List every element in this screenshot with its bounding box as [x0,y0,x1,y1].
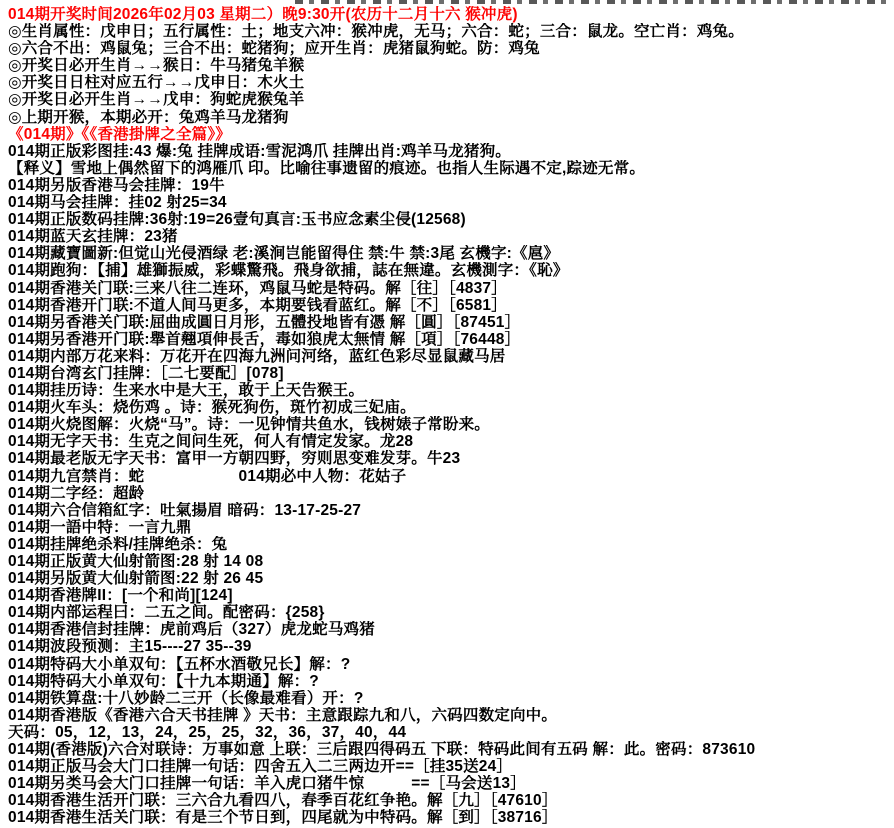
line-fire-burn-diagram: 014期火烧图解：火烧“马”。诗：一见钟情共鱼水，钱树婊子常盼来。 [8,416,894,433]
line-official-color-chart: 014期正版彩图挂:43 爆:兔 挂牌成语:雪泥鸿爪 挂牌出肖:鸡羊马龙猪狗。 [8,143,894,160]
line-official-huangdaxian-arrow: 014期正版黄大仙射箭图:28 射 14 08 [8,553,894,570]
line-sky-codes: 天码：05，12，13，24，25，25，32，36，37，40，44 [8,724,894,741]
line-hk-life-opening-couplet: 014期香港生活开门联：三六合九看四八，春季百花红争艳。解［九］［47610］ [8,792,894,809]
line-nine-palace-ban-zodiac: 014期九宫禁肖：蛇 014期必中人物：花姑子 [8,468,894,485]
line-running-dog: 014期跑狗：【捕】雄獅振威，彩蝶驚飛。飛身欲捕，誌在無違。玄機測字：《恥》 [8,262,894,279]
line-day-pillar-five-elements: ◎开奖日日柱对应五行→→戊申日：木火土 [8,74,894,91]
line-alt-gate-card: 014期另类马会大门口挂牌一句话：羊入虎口猪牛惊 ==［马会送13］ [8,775,894,792]
line-alt-hk-closing-couplet: 014期另香港关门联:屈曲成圓日月形，五體投地皆有憑 解［圓］［87451］ [8,314,894,331]
line-hk-closing-couplet: 014期香港关门联:三来八往二连环，鸡鼠马蛇是特码。解［往］［4837］ [8,280,894,297]
line-official-gate-card: 014期正版马会大门口挂牌一句话：四舍五入二三两边开==［挂35送24］ [8,758,894,775]
line-wordless-book: 014期无字天书：生克之间问生死，何人有情定发家。龙28 [8,433,894,450]
line-hk-envelope-card: 014期香港信封挂牌：虎前鸡后（327）虎龙蛇马鸡猪 [8,621,894,638]
line-oldest-wordless-book: 014期最老版无字天书：富甲一方朝四野，穷则思变难发芽。牛23 [8,450,894,467]
line-treasure-map: 014期藏寶圖新:但觉山光侵酒绿 老:溪涧岂能留得住 禁:牛 禁:3尾 玄機字:… [8,245,894,262]
line-alt-huangdaxian-arrow: 014期另版黄大仙射箭图:22 射 26 45 [8,570,894,587]
line-liuhe-couplet-poem: 014期(香港版)六合对联诗：万事如意 上联：三后跟四得码五 下联：特码此间有五… [8,741,894,758]
line-draw-time-header: 014期开奖时间2026年02月03 星期二）晚9:30开(农历十二月十六 猴冲… [8,6,894,23]
line-guapai-kill: 014期挂牌绝杀料/挂牌绝杀：兔 [8,536,894,553]
line-liuhe-mailbox-red-words: 014期六合信箱紅字：吐氣揚眉 暗码：13-17-25-27 [8,502,894,519]
line-zodiac-attributes: ◎生肖属性：戊申日；五行属性：土；地支六冲：猴冲虎，无马；六合：蛇；三合：鼠龙。… [8,23,894,40]
line-hk-card-ii: 014期香港牌II：[一个和尚][124] [8,587,894,604]
line-hk-tianshu-card: 014期香港版《香港六合天书挂牌 》天书：主意跟踪九和八，六码四数定向中。 [8,707,894,724]
line-calendar-poem: 014期挂历诗：生来水中是大王，敢于上天告猴王。 [8,382,894,399]
line-iron-abacus: 014期铁算盘:十八妙龄二三开（长像最难看）开：? [8,690,894,707]
line-special-code-sentence-1: 014期特码大小单双句：【五杯水酒敬兄长】解：? [8,656,894,673]
line-must-open-wushen: ◎开奖日必开生肖→→戊申：狗蛇虎猴兔羊 [8,91,894,108]
line-train-head: 014期火车头：烧伤鸡 。诗：猴死狗伤，斑竹初成三妃庙。 [8,399,894,416]
line-hk-opening-couplet: 014期香港开门联:不道人间马更多，本期要钱看蓝红。解［不］［6581］ [8,297,894,314]
line-guapai-title: 《014期》《《香港掛牌之全篇》》 [8,126,894,143]
line-last-period-monkey: ◎上期开猴，本期必开：兔鸡羊马龙猪狗 [8,109,894,126]
lottery-info-document: 014期开奖时间2026年02月03 星期二）晚9:30开(农历十二月十六 猴冲… [0,0,894,828]
line-liuhe-exclusions: ◎六合不出：鸡鼠兔；三合不出：蛇猪狗；应开生肖：虎猪鼠狗蛇。防：鸡兔 [8,40,894,57]
line-must-open-monkey-day: ◎开奖日必开生肖→→猴日：牛马猪兔羊猴 [8,57,894,74]
line-taiwan-xuanmen-card: 014期台湾玄门挂牌：［二七要配］[078] [8,365,894,382]
line-jockey-club-card: 014期马会挂牌：挂02 射25=34 [8,194,894,211]
line-two-word-classic: 014期二字经：超龄 [8,485,894,502]
line-official-digital-card: 014期正版数码挂牌:36射:19=26壹句真言:玉书应念素尘侵(12568) [8,211,894,228]
line-alt-hk-opening-couplet: 014期另香港开门联:舉首翹項伸長舌，毒如狼虎太無情 解［項］［76448］ [8,331,894,348]
line-hk-life-closing-couplet: 014期香港生活关门联：有是三个节日到，四尾就为中特码。解［到］［38716］ [8,809,894,826]
line-blue-sky-card: 014期蓝天玄挂牌：23猪 [8,228,894,245]
line-one-phrase-special: 014期一語中特：一言九鼎 [8,519,894,536]
line-internal-wanhua: 014期内部万花来料：万花开在四海九洲问河络，蓝红色彩尽显鼠藏马居 [8,348,894,365]
line-internal-fortune: 014期内部运程曰：二五之间。配密码：{258} [8,604,894,621]
cropped-text-remnant [295,0,887,4]
line-alt-hk-jockey-card: 014期另版香港马会挂牌：19牛 [8,177,894,194]
line-wave-band-prediction: 014期波段预测：主15----27 35--39 [8,638,894,655]
line-special-code-sentence-2: 014期特码大小单双句：【十九本期通】解：? [8,673,894,690]
line-idiom-interpretation: 【释义】雪地上偶然留下的鸿雁爪 印。比喻往事遗留的痕迹。也指人生际遇不定,踪迹无… [8,160,894,177]
